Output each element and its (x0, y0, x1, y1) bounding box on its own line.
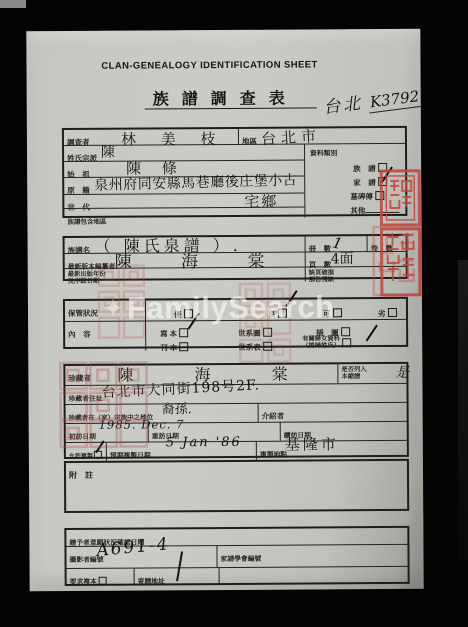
sheet-title-english: CLAN-GENEALOGY IDENTIFICATION SHEET (12, 59, 406, 72)
holder-label: 珍藏者 (68, 374, 91, 383)
annotation-code: K3792 (367, 87, 423, 114)
genealogy-book-table: 族譜名 冊 數 卷 數 最新版本編纂者 頁 數 最新出版年份 及序跋日期 缺頁破… (63, 234, 408, 281)
manuscript-checkbox (179, 328, 188, 337)
category-header: 資料類別 (310, 147, 337, 157)
condition-note-line2: 部份殘缺 (309, 276, 403, 284)
mail-address-label: 寄贈地址 (138, 578, 165, 585)
society-number-cell: 家譜學會編號 (216, 545, 407, 567)
office-use-table: 贈予者意願狀況確認日期 攝影者編號 家譜學會編號 要求複本 寄贈地址 A691-… (64, 526, 409, 586)
society-number-label: 家譜學會編號 (221, 556, 262, 563)
listed-label-line2: 本縮譜 (341, 373, 403, 380)
storage-label-cell: 保管狀況 (65, 300, 145, 320)
surname-value-handwriting: 陳 (101, 142, 115, 162)
copy-place-value-handwriting: 基隆市 (285, 433, 339, 454)
printed-checkbox (179, 342, 188, 351)
storage-options-cell: 優 良 可 劣 (145, 299, 406, 321)
fair-checkbox (332, 308, 341, 317)
poor-checkbox (387, 308, 396, 317)
copy-date-label: 預期複製日期 (110, 452, 151, 459)
content-label: 內 容 (68, 330, 91, 339)
listed-value-handwriting: 是 (395, 362, 409, 382)
content-options-cell: 寫 本 世系圖 插 圖 刊 本 世系表 有關婦女資料 （媳婦姓氏） (145, 320, 406, 351)
introducer-label: 介紹者 (262, 412, 285, 421)
clan-genealogy-checkbox (378, 163, 387, 172)
good-checkbox (277, 309, 286, 318)
content-label-cell: 內 容 (65, 321, 145, 350)
copy-place-label: 複製地點 (260, 452, 287, 459)
women-data-checkbox (342, 338, 351, 347)
compiler-handwriting: 陳 海 棠 (115, 247, 287, 273)
introducer-cell: 介紹者 (258, 403, 407, 422)
form-page: CLAN-GENEALOGY IDENTIFICATION SHEET 族譜調查… (26, 29, 423, 591)
request-copy-label: 要求複本 (70, 579, 97, 586)
holder-table: 珍藏者 是否列入 本縮譜 珍藏者住址 珍藏者在（家）宗族中之地位 介紹者 初訪日… (63, 362, 409, 459)
pages-value-handwriting: 4面 (331, 248, 354, 268)
surveyor-value-handwriting: 林 美 枝 (121, 128, 226, 150)
other-blank-line (365, 205, 399, 213)
origin-value-overflow-handwriting: 宅鄉 (244, 191, 278, 212)
tomb-biography-checkbox (375, 191, 384, 200)
category-option-other: 其他 (350, 200, 399, 218)
pages-cell: 頁 數 (305, 252, 406, 267)
area-value-handwriting: 台北市 (260, 125, 321, 149)
pubyear-label-line2: 及序跋日期 (68, 277, 302, 285)
survey-table: 調查者 地區 姓氏宗派 始 祖 原 籍 世 代 族譜包含地區 資料類別 族 譜 … (62, 126, 408, 218)
content-option-printed: 刊 本 (160, 337, 188, 355)
first-visit-value-handwriting: 1985. Dec. 7 (99, 417, 185, 432)
women-label-line2: （媳婦姓氏） (302, 343, 340, 350)
condition-table: 保管狀況 優 良 可 劣 內 容 寫 本 世系圖 插 圖 刊 本 世系表 (63, 297, 408, 349)
content-option-women-data: 有關婦女資料 （媳婦姓氏） (302, 333, 351, 351)
excellent-checkbox (183, 309, 192, 318)
copy-date-value-handwriting: 5 Jan '86 (166, 435, 242, 450)
category-column: 資料類別 族 譜 家 譜 墓碑傳 其他 (304, 144, 405, 218)
content-option-lineage-table: 世系表 (238, 337, 272, 355)
lineage-chart-checkbox (263, 328, 272, 337)
notes-cell: 附 註 (66, 461, 407, 511)
scan-corner-artifact (0, 0, 26, 8)
position-value-handwriting: 裔孫. (162, 398, 192, 417)
women-data-checkmark (366, 325, 378, 342)
notes-label: 附 註 (69, 471, 93, 480)
notes-table: 附 註 (64, 459, 409, 513)
request-copy-cell: 要求複本 (67, 569, 134, 586)
storage-label: 保管狀況 (68, 309, 98, 318)
good-checkmark (285, 290, 297, 307)
lineage-table-checkbox (263, 342, 272, 351)
title-underline (145, 107, 317, 109)
scan-edge-sheen (458, 260, 468, 560)
photo-black-background: CLAN-GENEALOGY IDENTIFICATION SHEET 族譜調查… (0, 0, 468, 627)
annotation-city: 台北 (322, 93, 364, 118)
permission-label: 允許複製 (69, 454, 93, 460)
request-copy-checkbox (99, 577, 107, 585)
mail-address-value-cell (219, 567, 408, 585)
first-visit-label: 初訪日期 (69, 434, 96, 441)
holder-address-label: 珍藏者住址 (69, 396, 103, 403)
condition-note-cell: 缺頁破損 部份殘缺 (305, 267, 406, 282)
coverage-label: 族譜包含地區 (67, 219, 106, 226)
scrolls-cell: 卷 數 (367, 236, 406, 251)
